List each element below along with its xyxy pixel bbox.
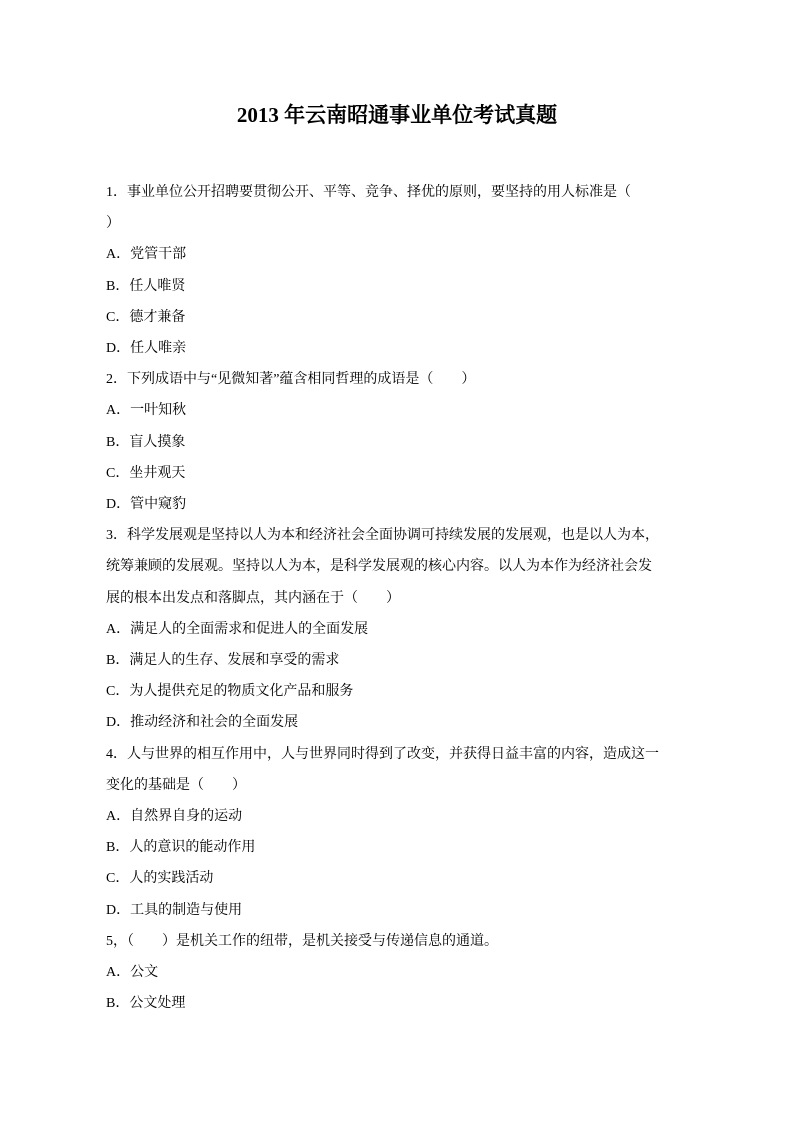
question-option: A．满足人的全面需求和促进人的全面发展 (106, 614, 690, 645)
question-option: A．公文 (106, 957, 690, 988)
question-option: D．任人唯亲 (106, 333, 690, 364)
question-option: C．德才兼备 (106, 302, 690, 333)
question-option: B．盲人摸象 (106, 427, 690, 458)
question-text: 1．事业单位公开招聘要贯彻公开、平等、竞争、择优的原则，要坚持的用人标准是（ ） (106, 177, 690, 239)
question-option: A．党管干部 (106, 239, 690, 270)
document-page: 2013 年云南昭通事业单位考试真题 1．事业单位公开招聘要贯彻公开、平等、竞争… (0, 0, 794, 1123)
question-option: C．为人提供充足的物质文化产品和服务 (106, 676, 690, 707)
question-option: A．一叶知秋 (106, 395, 690, 426)
document-title: 2013 年云南昭通事业单位考试真题 (0, 0, 794, 130)
questions-list: 1．事业单位公开招聘要贯彻公开、平等、竞争、择优的原则，要坚持的用人标准是（ ）… (106, 177, 690, 1019)
question-option: B．满足人的生存、发展和享受的需求 (106, 645, 690, 676)
question-text: 5，（ ）是机关工作的纽带，是机关接受与传递信息的通道。 (106, 926, 690, 957)
question-text: 3．科学发展观是坚持以人为本和经济社会全面协调可持续发展的发展观，也是以人为本，… (106, 520, 690, 614)
question-option: B．任人唯贤 (106, 271, 690, 302)
question-text: 4．人与世界的相互作用中，人与世界同时得到了改变，并获得日益丰富的内容，造成这一… (106, 739, 690, 801)
question-option: B．公文处理 (106, 988, 690, 1019)
question-text: 2．下列成语中与“见微知著”蕴含相同哲理的成语是（ ） (106, 364, 690, 395)
question-option: B．人的意识的能动作用 (106, 832, 690, 863)
question-option: D．管中窥豹 (106, 489, 690, 520)
question-option: D．工具的制造与使用 (106, 895, 690, 926)
question-option: D．推动经济和社会的全面发展 (106, 707, 690, 738)
question-option: C．人的实践活动 (106, 863, 690, 894)
question-option: A．自然界自身的运动 (106, 801, 690, 832)
question-option: C．坐井观天 (106, 458, 690, 489)
